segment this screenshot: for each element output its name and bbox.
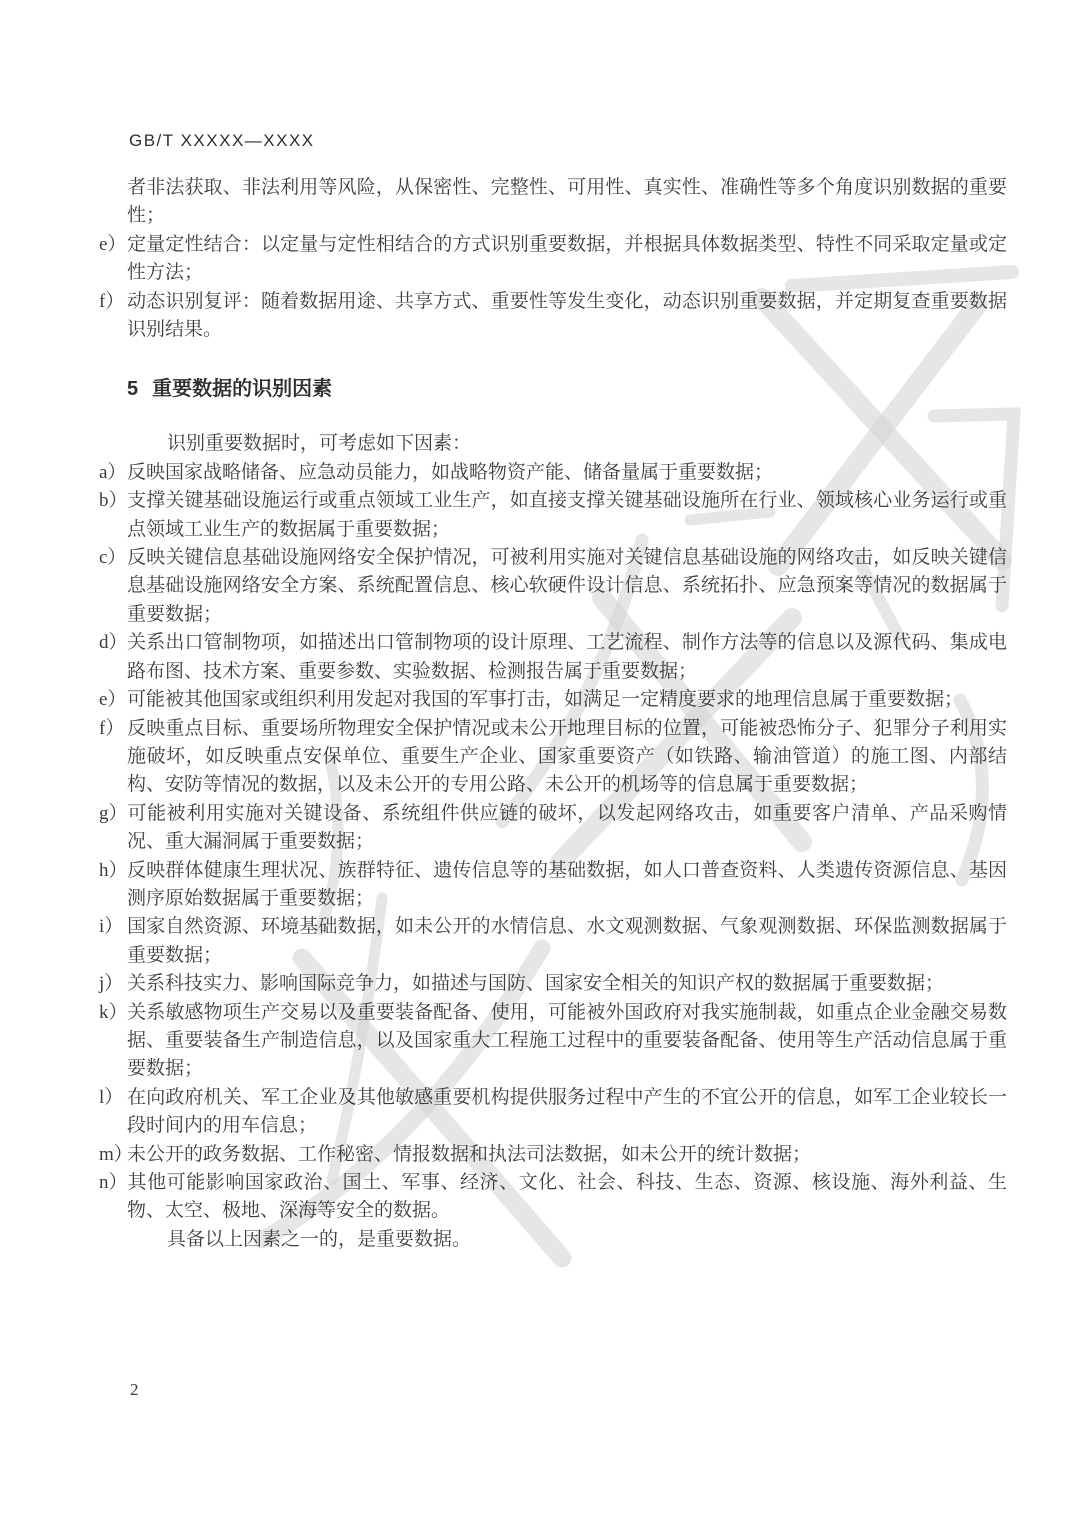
list-item-j: j）关系科技实力、影响国际竞争力，如描述与国防、国家安全相关的知识产权的数据属于… (127, 970, 1007, 998)
list-item-text: 动态识别复评：随着数据用途、共享方式、重要性等发生变化，动态识别重要数据，并定期… (127, 291, 1007, 340)
list-item-text: 其他可能影响国家政治、国土、军事、经济、文化、社会、科技、生态、资源、核设施、海… (127, 1172, 1007, 1221)
list-item-label: f） (99, 288, 127, 316)
list-item-label: e） (99, 231, 127, 259)
list-item-label: l） (99, 1084, 127, 1112)
list-item-e: e）可能被其他国家或组织利用发起对我国的军事打击，如满足一定精度要求的地理信息属… (127, 686, 1007, 714)
list-item-text: 关系科技实力、影响国际竞争力，如描述与国防、国家安全相关的知识产权的数据属于重要… (127, 973, 944, 994)
list-item-b: b）支撑关键基础设施运行或重点领域工业生产，如直接支撑关键基础设施所在行业、领域… (127, 487, 1007, 544)
list-item-text: 反映群体健康生理状况、族群特征、遗传信息等的基础数据，如人口普查资料、人类遗传资… (127, 860, 1007, 909)
list-item-l: l）在向政府机关、军工企业及其他敏感重要机构提供服务过程中产生的不宜公开的信息，… (127, 1084, 1007, 1141)
list-item-text: 支撑关键基础设施运行或重点领域工业生产，如直接支撑关键基础设施所在行业、领域核心… (127, 490, 1007, 539)
list-item-m: m）未公开的政务数据、工作秘密、情报数据和执法司法数据，如未公开的统计数据； (127, 1141, 1007, 1169)
closing-paragraph: 具备以上因素之一的，是重要数据。 (167, 1226, 1007, 1254)
list-item-f-methods: f）动态识别复评：随着数据用途、共享方式、重要性等发生变化，动态识别重要数据，并… (127, 288, 1007, 345)
list-item-label: g） (99, 800, 127, 828)
list-item-f: f）反映重点目标、重要场所物理安全保护情况或未公开地理目标的位置，可能被恐怖分子… (127, 715, 1007, 800)
list-item-label: b） (99, 487, 127, 515)
list-item-label: h） (99, 857, 127, 885)
list-item-text: 未公开的政务数据、工作秘密、情报数据和执法司法数据，如未公开的统计数据； (127, 1144, 811, 1165)
section-lead-paragraph: 识别重要数据时，可考虑如下因素： (167, 430, 1007, 458)
list-item-text: 关系出口管制物项，如描述出口管制物项的设计原理、工艺流程、制作方法等的信息以及源… (127, 632, 1007, 681)
document-page: GB/T XXXXX—XXXX 者非法获取、非法利用等风险，从保密性、完整性、可… (0, 0, 1080, 1527)
list-item-label: f） (99, 715, 127, 743)
list-item-n: n）其他可能影响国家政治、国土、军事、经济、文化、社会、科技、生态、资源、核设施… (127, 1169, 1007, 1226)
page-number: 2 (130, 1380, 139, 1400)
list-item-text: 关系敏感物项生产交易以及重要装备配备、使用，可能被外国政府对我实施制裁，如重点企… (127, 1002, 1007, 1080)
list-item-text: 反映国家战略储备、应急动员能力，如战略物资产能、储备量属于重要数据； (127, 462, 773, 483)
list-item-label: a） (99, 459, 127, 487)
list-item-text: 者非法获取、非法利用等风险，从保密性、完整性、可用性、真实性、准确性等多个角度识… (127, 177, 1007, 226)
list-item-a: a）反映国家战略储备、应急动员能力，如战略物资产能、储备量属于重要数据； (127, 459, 1007, 487)
list-item-text: 可能被利用实施对关键设备、系统组件供应链的破坏，以发起网络攻击，如重要客户清单、… (127, 803, 1007, 852)
list-item-label: m） (99, 1141, 127, 1169)
list-item-text: 反映重点目标、重要场所物理安全保护情况或未公开地理目标的位置，可能被恐怖分子、犯… (127, 718, 1007, 796)
list-item-text: 反映关键信息基础设施网络安全保护情况，可被利用实施对关键信息基础设施的网络攻击，… (127, 547, 1007, 625)
list-item-label: c） (99, 544, 127, 572)
list-item-label: n） (99, 1169, 127, 1197)
document-header: GB/T XXXXX—XXXX (129, 131, 315, 151)
list-item-g: g）可能被利用实施对关键设备、系统组件供应链的破坏，以发起网络攻击，如重要客户清… (127, 800, 1007, 857)
list-item-label: j） (99, 970, 127, 998)
list-item-label: k） (99, 999, 127, 1027)
list-item-text: 在向政府机关、军工企业及其他敏感重要机构提供服务过程中产生的不宜公开的信息，如军… (127, 1087, 1007, 1136)
list-item-i: i）国家自然资源、环境基础数据，如未公开的水情信息、水文观测数据、气象观测数据、… (127, 913, 1007, 970)
list-item-continuation: 者非法获取、非法利用等风险，从保密性、完整性、可用性、真实性、准确性等多个角度识… (127, 174, 1007, 231)
list-item-h: h）反映群体健康生理状况、族群特征、遗传信息等的基础数据，如人口普查资料、人类遗… (127, 857, 1007, 914)
list-item-d: d）关系出口管制物项，如描述出口管制物项的设计原理、工艺流程、制作方法等的信息以… (127, 629, 1007, 686)
list-item-text: 定量定性结合：以定量与定性相结合的方式识别重要数据，并根据具体数据类型、特性不同… (127, 234, 1007, 283)
section-heading: 5重要数据的识别因素 (127, 374, 1007, 404)
section-title: 重要数据的识别因素 (152, 378, 332, 400)
document-body: 者非法获取、非法利用等风险，从保密性、完整性、可用性、真实性、准确性等多个角度识… (127, 174, 1007, 1254)
list-item-label: i） (99, 913, 127, 941)
list-item-label: d） (99, 629, 127, 657)
section-number: 5 (127, 374, 138, 404)
list-item-label: e） (99, 686, 127, 714)
list-item-text: 可能被其他国家或组织利用发起对我国的军事打击，如满足一定精度要求的地理信息属于重… (127, 689, 963, 710)
list-item-k: k）关系敏感物项生产交易以及重要装备配备、使用，可能被外国政府对我实施制裁，如重… (127, 999, 1007, 1084)
list-item-text: 国家自然资源、环境基础数据，如未公开的水情信息、水文观测数据、气象观测数据、环保… (127, 916, 1007, 965)
list-item-c: c）反映关键信息基础设施网络安全保护情况，可被利用实施对关键信息基础设施的网络攻… (127, 544, 1007, 629)
list-item-e-methods: e）定量定性结合：以定量与定性相结合的方式识别重要数据，并根据具体数据类型、特性… (127, 231, 1007, 288)
